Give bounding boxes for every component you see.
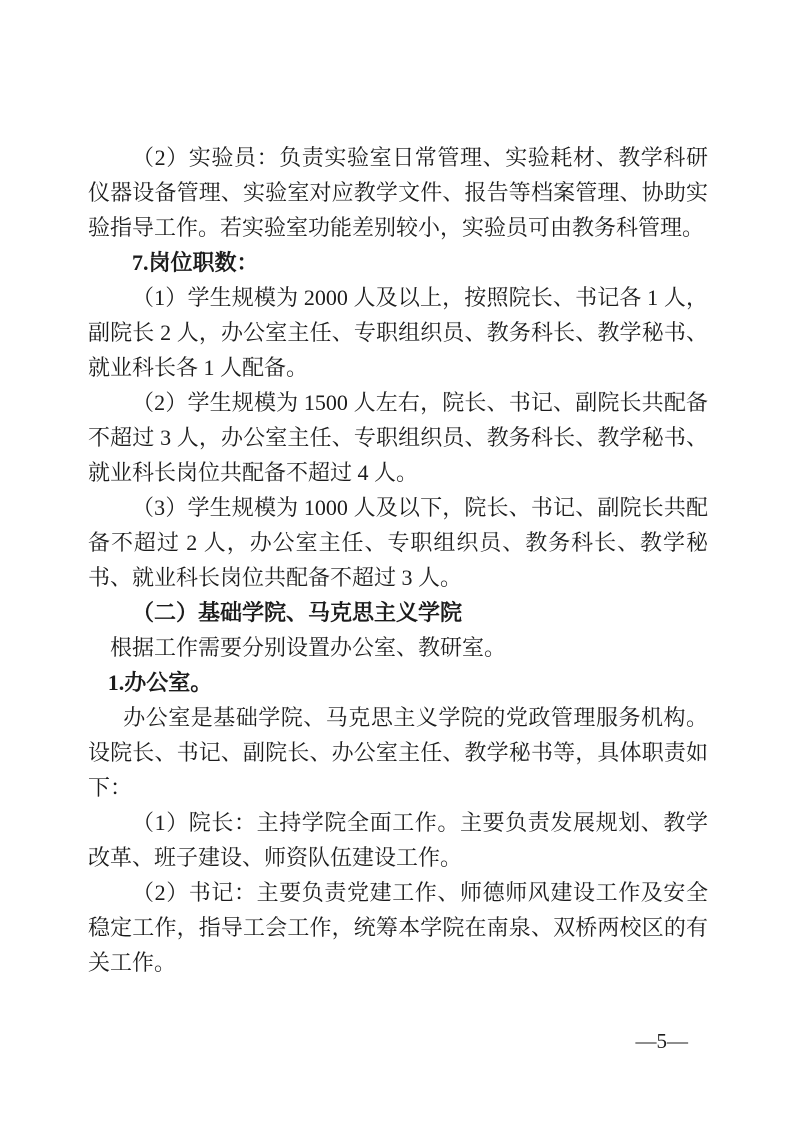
paragraph-setup-offices: 根据工作需要分别设置办公室、教研室。: [88, 630, 708, 665]
document-page: （2）实验员：负责实验室日常管理、实验耗材、教学科研仪器设备管理、实验室对应教学…: [0, 0, 794, 1122]
paragraph-quota-1000-students: （3）学生规模为 1000 人及以下，院长、书记、副院长共配备不超过 2 人，办…: [88, 490, 708, 595]
page-number: —5—: [636, 1029, 689, 1053]
paragraph-dean-duties: （1）院长：主持学院全面工作。主要负责发展规划、教学改革、班子建设、师资队伍建设…: [88, 805, 708, 875]
paragraph-secretary-duties: （2）书记：主要负责党建工作、师德师风建设工作及安全稳定工作，指导工会工作，统筹…: [88, 875, 708, 980]
heading-general-office: 1.办公室。: [88, 665, 708, 700]
paragraph-quota-2000-students: （1）学生规模为 2000 人及以上，按照院长、书记各 1 人，副院长 2 人，…: [88, 280, 708, 385]
heading-post-quota: 7.岗位职数：: [88, 245, 708, 280]
heading-section-two-colleges: （二）基础学院、马克思主义学院: [88, 595, 708, 630]
document-body: （2）实验员：负责实验室日常管理、实验耗材、教学科研仪器设备管理、实验室对应教学…: [88, 140, 708, 980]
paragraph-quota-1500-students: （2）学生规模为 1500 人左右，院长、书记、副院长共配备不超过 3 人，办公…: [88, 385, 708, 490]
paragraph-lab-technician-duties: （2）实验员：负责实验室日常管理、实验耗材、教学科研仪器设备管理、实验室对应教学…: [88, 140, 708, 245]
paragraph-office-function: 办公室是基础学院、马克思主义学院的党政管理服务机构。设院长、书记、副院长、办公室…: [88, 700, 708, 805]
